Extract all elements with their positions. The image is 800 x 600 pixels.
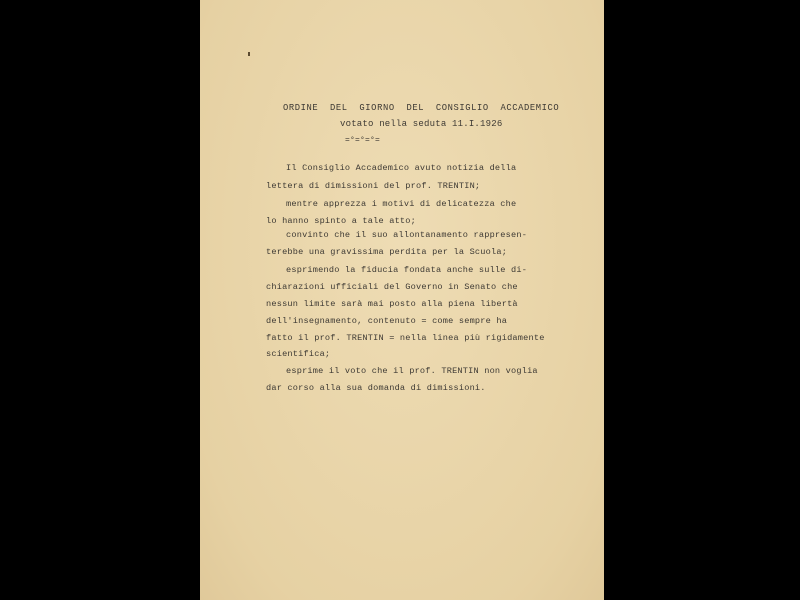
ornament-divider: =°=°=°= — [345, 136, 380, 145]
body-line: terebbe una gravissima perdita per la Sc… — [266, 247, 507, 257]
body-line: Il Consiglio Accademico avuto notizia de… — [286, 163, 516, 173]
body-line: mentre apprezza i motivi di delicatezza … — [286, 199, 516, 209]
body-line: convinto che il suo allontanamento rappr… — [286, 230, 527, 240]
body-line: scientifica; — [266, 349, 330, 359]
body-line: dell'insegnamento, contenuto = come semp… — [266, 316, 507, 326]
body-line: fatto il prof. TRENTIN = nella linea più… — [266, 333, 545, 343]
paper-speck — [248, 52, 250, 56]
body-line: esprimendo la fiducia fondata anche sull… — [286, 265, 527, 275]
body-line: nessun limite sarà mai posto alla piena … — [266, 299, 518, 309]
body-line: dar corso alla sua domanda di dimissioni… — [266, 383, 486, 393]
body-line: chiarazioni ufficiali del Governo in Sen… — [266, 282, 518, 292]
document-title: ORDINE DEL GIORNO DEL CONSIGLIO ACCADEMI… — [283, 103, 559, 113]
document-subtitle: votato nella seduta 11.I.1926 — [340, 119, 502, 129]
typewritten-page: ORDINE DEL GIORNO DEL CONSIGLIO ACCADEMI… — [200, 0, 604, 600]
body-line: esprime il voto che il prof. TRENTIN non… — [286, 366, 538, 376]
body-line: lo hanno spinto a tale atto; — [266, 216, 416, 226]
body-line: lettera di dimissioni del prof. TRENTIN; — [266, 181, 480, 191]
